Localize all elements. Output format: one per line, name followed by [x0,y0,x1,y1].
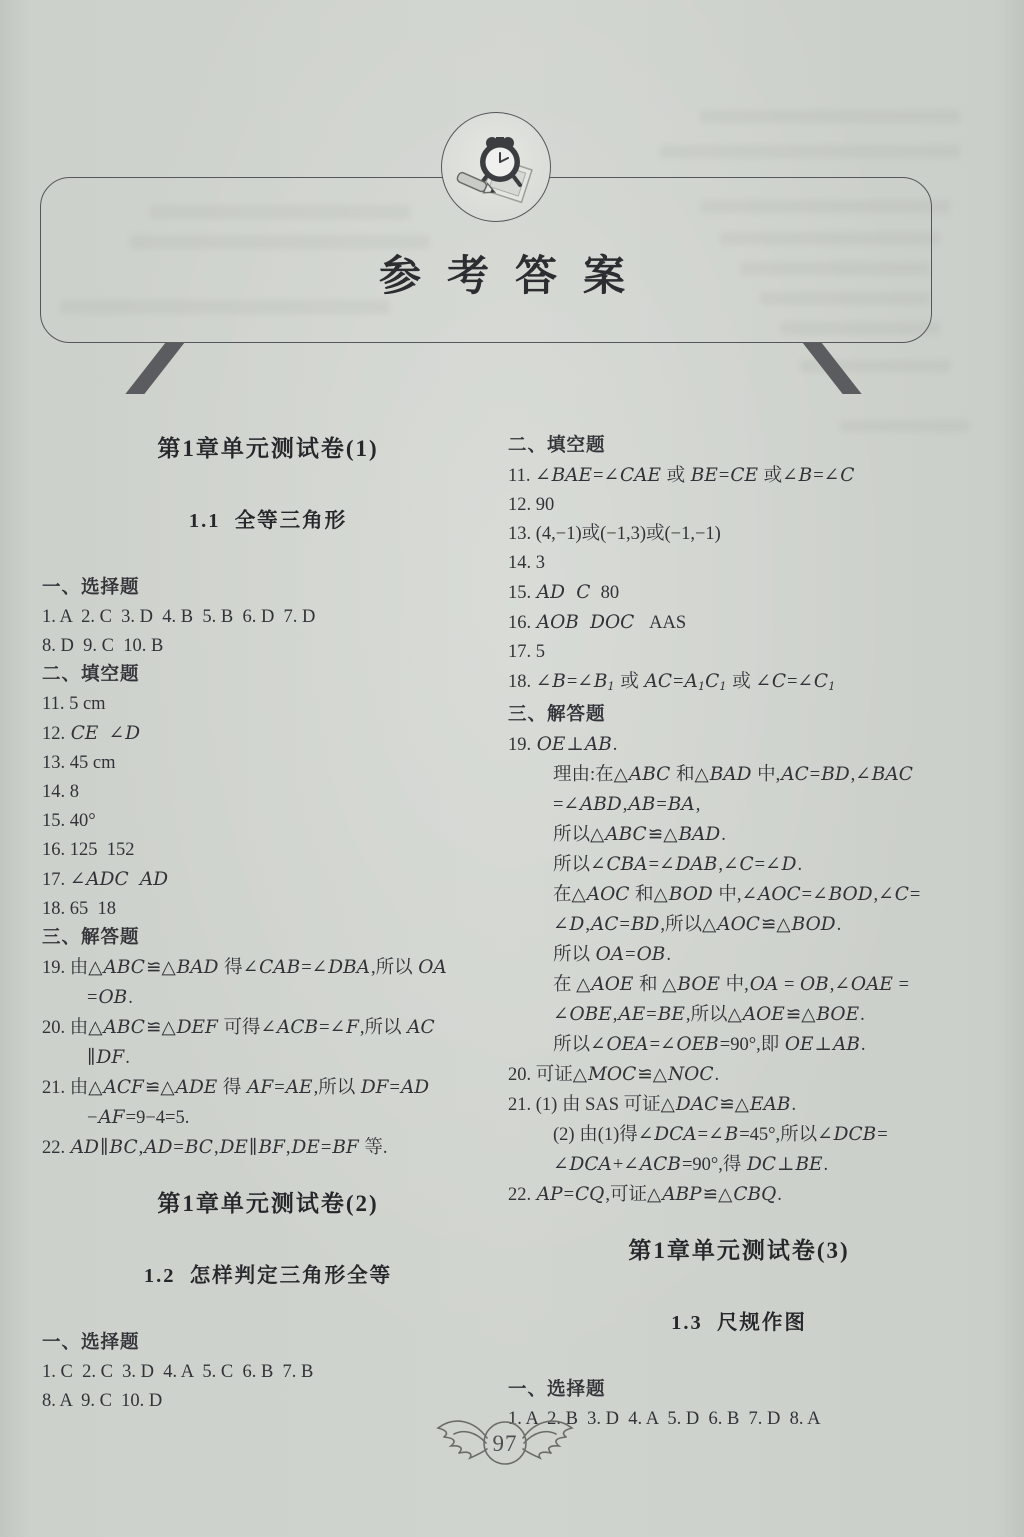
page-number: 97 [430,1431,580,1457]
answer-line: 11. 5 cm [42,690,494,719]
answer-line: 11. ∠BAE=∠CAE 或 BE=CE 或∠B=∠C [508,461,970,491]
answers-left-column: 第1章单元测试卷(1)1.1 全等三角形一、选择题1. A 2. C 3. D … [42,434,494,1416]
section-title: 1.1 全等三角形 [42,507,494,536]
answer-line: 13. 45 cm [42,749,494,778]
banner-right-leg [802,342,862,394]
bleed-through [660,145,960,158]
answer-line: 17. ∠ADC AD [42,865,494,895]
question-type-label: 一、选择题 [42,1329,494,1358]
header-illustration [441,112,551,222]
question-type-label: 三、解答题 [42,924,494,953]
answer-line: 16. AOB DOC AAS [508,608,970,638]
answer-line: 1. C 2. C 3. D 4. A 5. C 6. B 7. B [42,1358,494,1387]
answer-line: 所以∠OEA=∠OEB=90°,即 OE⊥AB. [508,1030,970,1060]
page-title: 参考答案 [0,243,1004,303]
answer-line: 8. D 9. C 10. B [42,632,494,661]
answer-line: =∠ABD,AB=BA, [508,790,970,820]
answer-line: 在△AOC 和△BOD 中,∠AOC=∠BOD,∠C= [508,880,970,910]
section-title: 1.2 怎样判定三角形全等 [42,1262,494,1291]
answer-line: 12. CE ∠D [42,719,494,749]
answer-line: 所以△ABC≌△BAD. [508,820,970,850]
answer-line: 22. AD∥BC,AD=BC,DE∥BF,DE=BF 等. [42,1133,494,1163]
answer-line: 17. 5 [508,638,970,667]
answer-line: 在 △AOE 和 △BOE 中,OA = OB,∠OAE = [508,970,970,1000]
page-number-emblem: 97 [430,1408,580,1480]
answer-line: 14. 3 [508,549,970,578]
test-paper-title: 第1章单元测试卷(1) [42,434,494,463]
answer-line: 16. 125 152 [42,836,494,865]
clock-icon [480,137,520,185]
bleed-through [700,110,960,123]
answer-line: 理由:在△ABC 和△BAD 中,AC=BD,∠BAC [508,760,970,790]
answer-line: 19. 由△ABC≌△BAD 得∠CAB=∠DBA,所以 OA [42,953,494,983]
answer-line: ∥DF. [42,1043,494,1073]
answer-line: 15. AD C 80 [508,578,970,608]
question-type-label: 一、选择题 [508,1376,970,1405]
banner-left-leg [125,342,185,394]
test-paper-title: 第1章单元测试卷(3) [508,1236,970,1265]
question-type-label: 二、填空题 [508,432,970,461]
answer-line: 18. ∠B=∠B1 或 AC=A1C1 或 ∠C=∠C1 [508,667,970,701]
scanned-answer-page: { "header": { "title": "参考答案", "icon": "… [0,0,1024,1537]
question-type-label: 二、填空题 [42,661,494,690]
answer-line: 所以∠CBA=∠DAB,∠C=∠D. [508,850,970,880]
question-type-label: 三、解答题 [508,701,970,730]
answer-line: =OB. [42,983,494,1013]
answer-line: 所以 OA=OB. [508,940,970,970]
answer-line: 1. A 2. C 3. D 4. B 5. B 6. D 7. D [42,603,494,632]
test-paper-title: 第1章单元测试卷(2) [42,1189,494,1218]
answer-line: 20. 由△ABC≌△DEF 可得∠ACB=∠F,所以 AC [42,1013,494,1043]
bleed-through [840,420,970,432]
question-type-label: 一、选择题 [42,574,494,603]
answer-line: ∠DCA+∠ACB=90°,得 DC⊥BE. [508,1150,970,1180]
answer-line: 14. 8 [42,778,494,807]
answer-line: 12. 90 [508,491,970,520]
answer-line: −AF=9−4=5. [42,1103,494,1133]
answer-line: 21. 由△ACF≌△ADE 得 AF=AE,所以 DF=AD [42,1073,494,1103]
answer-line: ∠OBE,AE=BE,所以△AOE≌△BOE. [508,1000,970,1030]
answer-line: 21. (1) 由 SAS 可证△DAC≌△EAB. [508,1090,970,1120]
answer-line: 19. OE⊥AB. [508,730,970,760]
answers-right-column: 二、填空题11. ∠BAE=∠CAE 或 BE=CE 或∠B=∠C12. 901… [508,432,970,1434]
answer-line: 18. 65 18 [42,895,494,924]
answer-line: 8. A 9. C 10. D [42,1387,494,1416]
alarm-clock-icon [446,117,546,217]
answer-line: 20. 可证△MOC≌△NOC. [508,1060,970,1090]
section-title: 1.3 尺规作图 [508,1309,970,1338]
answer-line: ∠D,AC=BD,所以△AOC≌△BOD. [508,910,970,940]
answer-line: 15. 40° [42,807,494,836]
answer-line: (2) 由(1)得∠DCA=∠B=45°,所以∠DCB= [508,1120,970,1150]
answer-line: 22. AP=CQ,可证△ABP≌△CBQ. [508,1180,970,1210]
answer-line: 13. (4,−1)或(−1,3)或(−1,−1) [508,520,970,549]
